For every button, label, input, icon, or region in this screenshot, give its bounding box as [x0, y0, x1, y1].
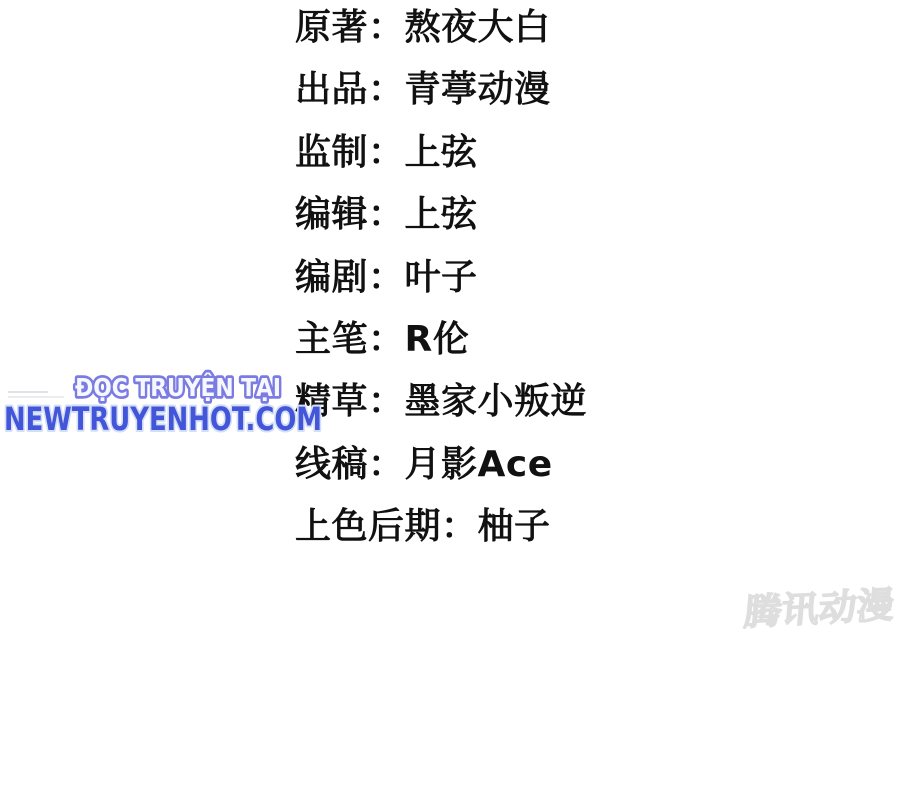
credit-line-editor: 编辑：上弦 — [295, 184, 587, 246]
credit-line-coloring: 上色后期：柚子 — [295, 496, 587, 558]
credit-line-supervisor: 监制：上弦 — [295, 122, 587, 184]
publisher-watermark-text: 腾讯动漫 — [742, 583, 896, 634]
publisher-watermark-tencent: 腾讯动漫 — [733, 582, 900, 637]
credits-list: 原著：熬夜大白 出品：青葶动漫 监制：上弦 编辑：上弦 编剧：叶子 主笔：R伦 … — [295, 0, 587, 559]
credit-line-original-author: 原著：熬夜大白 — [295, 0, 587, 59]
site-watermark-line2: NEWTRUYENHOT.COM — [4, 400, 322, 438]
site-watermark: ĐỌC TRUYỆN TẠI NEWTRUYENHOT.COM — [0, 363, 340, 438]
watermark-remnant-smudge — [8, 391, 66, 398]
comic-credits-page: { "page": { "background": "#ffffff", "te… — [0, 0, 900, 800]
credit-line-producer: 出品：青葶动漫 — [295, 59, 587, 121]
credit-line-lead-artist: 主笔：R伦 — [295, 309, 587, 371]
credit-line-rough-draft: 精草：墨家小叛逆 — [295, 371, 587, 433]
credit-line-lineart: 线稿：月影Ace — [295, 434, 587, 496]
site-watermark-line1: ĐỌC TRUYỆN TẠI — [75, 372, 281, 402]
credit-line-screenwriter: 编剧：叶子 — [295, 247, 587, 309]
